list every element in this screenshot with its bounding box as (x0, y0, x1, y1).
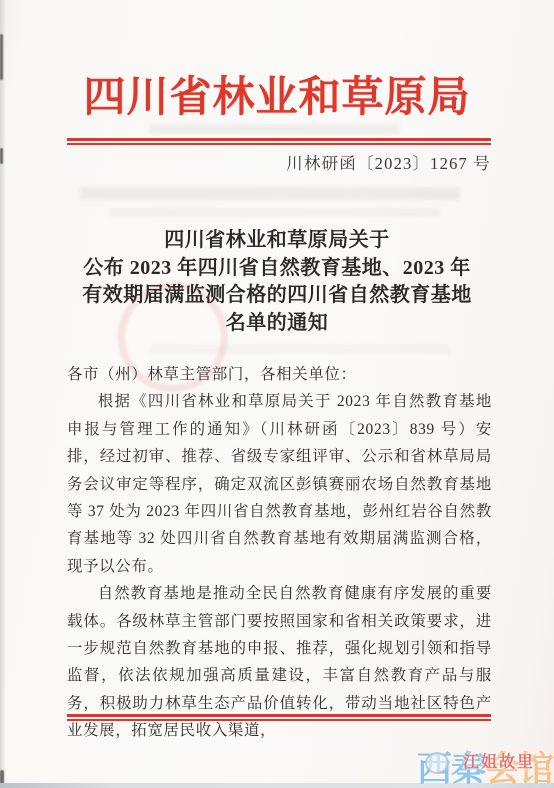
bleed-through-artifact (150, 124, 400, 134)
document-body: 各市（州）林草主管部门，各相关单位： 根据《四川省林业和草原局关于 2023 年… (67, 361, 492, 745)
document-title: 四川省林业和草原局关于 公布 2023 年四川省自然教育基地、2023 年 有效… (40, 227, 514, 337)
scan-edge-artifact (0, 770, 4, 784)
bleed-through-artifact (110, 208, 440, 217)
bleed-through-artifact (150, 345, 450, 354)
document-title-line: 公布 2023 年四川省自然教育基地、2023 年 (40, 255, 514, 283)
corner-watermark: 西秦会馆 江姐故里 (413, 744, 553, 786)
document-title-line: 四川省林业和草原局关于 (40, 227, 514, 255)
body-paragraph: 根据《四川省林业和草原局关于 2023 年自然教育基地申报与管理工作的通知》（川… (67, 388, 492, 580)
letterhead-double-rule (67, 138, 491, 145)
scan-edge-artifact (0, 148, 3, 164)
document-reference-number: 川林研函〔2023〕1267 号 (286, 150, 491, 174)
document-title-line: 名单的通知 (40, 310, 514, 338)
agency-letterhead-title: 四川省林业和草原局 (0, 64, 554, 124)
salutation-line: 各市（州）林草主管部门，各相关单位： (67, 361, 492, 388)
bleed-through-artifact (80, 187, 460, 200)
watermark-overlay-text: 江姐故里 (463, 749, 535, 772)
watermark-logo-icon (425, 752, 449, 774)
document-title-line: 有效期届满监测合格的四川省自然教育基地 (40, 282, 514, 310)
footer-double-rule (67, 714, 491, 721)
scanned-document-page: 四川省林业和草原局 川林研函〔2023〕1267 号 四川省林业和草原局关于 公… (0, 0, 554, 788)
